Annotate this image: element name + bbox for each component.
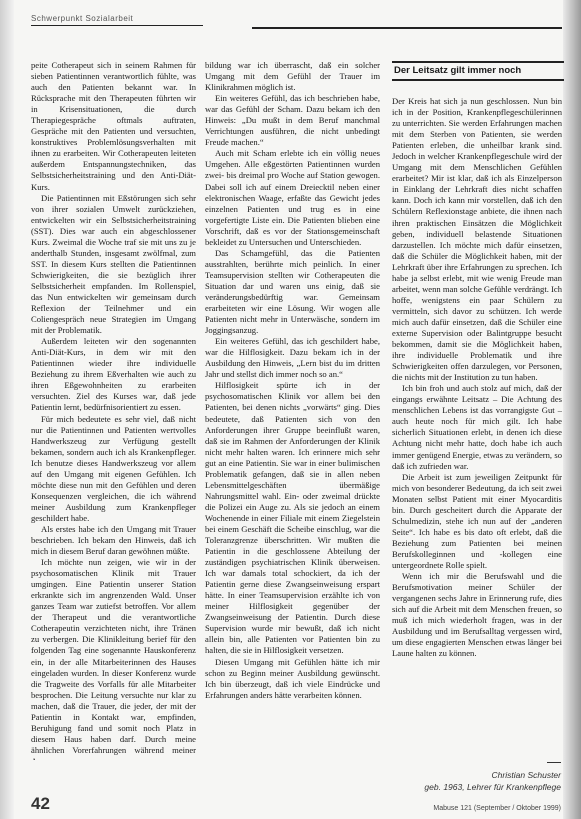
running-head: Schwerpunkt Sozialarbeit (31, 14, 203, 26)
paragraph: Hilflosigkeit spürte ich in der psychoso… (205, 380, 380, 656)
sidebar-box-title: Der Leitsatz gilt immer noch (392, 61, 564, 81)
author-bio: geb. 1963, Lehrer für Krankenpflege (424, 782, 561, 792)
paragraph: Das Schamgefühl, das die Patienten ausst… (205, 248, 380, 336)
issue-info: Mabuse 121 (September / Oktober 1999) (433, 805, 561, 812)
page-number: 42 (31, 794, 50, 814)
paragraph: Diesen Umgang mit Gefühlen hätte ich mir… (205, 657, 380, 701)
header-rule (252, 27, 562, 29)
author-credit: Christian Schuster geb. 1963, Lehrer für… (424, 757, 561, 793)
paragraph: Ein weiteres Gefühl, das ich geschildert… (205, 336, 380, 380)
paragraph: Für mich bedeutete es sehr viel, daß nic… (31, 414, 196, 524)
sidebar-box-body: Der Kreis hat sich ja nun geschlossen. N… (392, 96, 562, 726)
paragraph: Als erstes habe ich den Umgang mit Traue… (31, 524, 196, 557)
paragraph: Der Kreis hat sich ja nun geschlossen. N… (392, 96, 562, 383)
page-shadow-right (563, 0, 581, 819)
author-name: Christian Schuster (492, 770, 561, 780)
paragraph: Außerdem leiteten wir den sogenannten An… (31, 336, 196, 413)
paragraph: Ich bin froh und auch stolz auf mich, da… (392, 383, 562, 471)
paragraph: Ich möchte nun zeigen, wie wir in der ps… (31, 557, 196, 760)
paragraph: Wenn ich mir die Berufswahl und die Beru… (392, 571, 562, 659)
paragraph: Die Patientinnen mit Eßstörungen sich se… (31, 193, 196, 337)
page-shadow-left (0, 0, 14, 819)
paragraph: Die Arbeit ist zum jeweiligen Zeitpunkt … (392, 472, 562, 571)
article-column-1: peite Cotherapeut sich in seinem Rahmen … (31, 60, 196, 760)
paragraph: Auch mit Scham erlebte ich ein völlig ne… (205, 148, 380, 247)
author-rule (547, 762, 561, 763)
paragraph: bildung war ich überrascht, daß ein solc… (205, 60, 380, 93)
article-column-2: bildung war ich überrascht, daß ein solc… (205, 60, 380, 775)
paragraph: peite Cotherapeut sich in seinem Rahmen … (31, 60, 196, 193)
paragraph: Ein weiteres Gefühl, das ich beschrieben… (205, 93, 380, 148)
